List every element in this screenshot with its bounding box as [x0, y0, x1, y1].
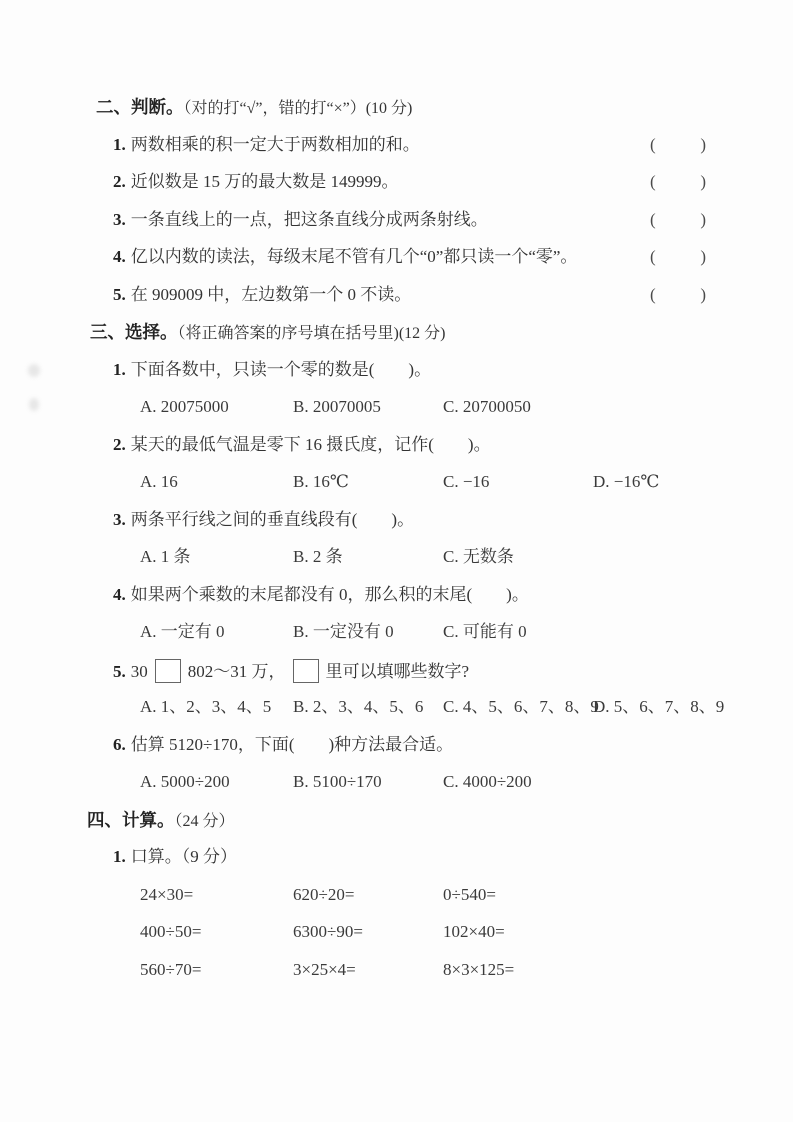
answer-brackets: () [650, 209, 706, 231]
judge-item-2-text: 2.近似数是 15 万的最大数是 149999。 [113, 171, 399, 193]
option-b: B. 2、3、4、5、6 [293, 696, 443, 718]
oral-calc-title: 口算。（9 分） [131, 847, 237, 866]
option-a: A. 16 [140, 471, 293, 493]
choice-question-6-options: A. 5000÷200 B. 5100÷170 C. 4000÷200 [140, 771, 793, 793]
calc-expression: 400÷50= [140, 921, 293, 943]
option-a: A. 20075000 [140, 396, 293, 418]
judge-item-3: 3.一条直线上的一点，把这条直线分成两条射线。 () [113, 209, 706, 231]
question-text: 两条平行线之间的垂直线段有( )。 [131, 510, 414, 529]
paren-open: ( [650, 171, 656, 193]
question-number: 4. [113, 585, 126, 604]
option-c: C. −16 [443, 471, 593, 493]
judge-item-4-text: 4.亿以内数的读法，每级末尾不管有几个“0”都只读一个“零”。 [113, 246, 577, 268]
question-text-mid: 802～31 万， [188, 662, 286, 681]
question-number: 4. [113, 247, 126, 266]
question-text: 一条直线上的一点，把这条直线分成两条射线。 [131, 210, 488, 229]
paren-close: ) [700, 134, 706, 156]
option-c: C. 无数条 [443, 546, 593, 568]
question-number: 1. [113, 135, 126, 154]
question-number: 1. [113, 360, 126, 379]
paren-close: ) [700, 284, 706, 306]
choice-question-3: 3.两条平行线之间的垂直线段有( )。 [113, 509, 793, 531]
question-text-after: 里可以填哪些数字? [326, 662, 470, 681]
option-c: C. 20700050 [443, 396, 593, 418]
choice-question-5: 5.30802～31 万，里可以填哪些数字? [113, 659, 793, 681]
question-number: 6. [113, 735, 126, 754]
question-text: 估算 5120÷170，下面( )种方法最合适。 [131, 735, 453, 754]
paren-close: ) [700, 209, 706, 231]
option-b: B. 2 条 [293, 546, 443, 568]
section-calc-title: 四、计算。 [87, 810, 175, 830]
paren-open: ( [650, 209, 656, 231]
calc-expression: 24×30= [140, 884, 293, 906]
option-b: B. 16℃ [293, 471, 443, 493]
question-text-before: 30 [131, 662, 148, 681]
section-judge-header: 二、判断。（对的打“√”，错的打“×”）(10 分) [96, 96, 793, 118]
section-judge-note: （对的打“√”，错的打“×”）(10 分) [184, 100, 413, 117]
question-number: 1. [113, 847, 126, 866]
option-c: C. 4000÷200 [443, 771, 593, 793]
option-b: B. 一定没有 0 [293, 621, 443, 643]
paren-open: ( [650, 246, 656, 268]
answer-brackets: () [650, 171, 706, 193]
judge-item-1: 1.两数相乘的积一定大于两数相加的和。 () [113, 134, 706, 156]
paren-close: ) [700, 246, 706, 268]
oral-calc-row-2: 400÷50= 6300÷90= 102×40= [140, 921, 793, 943]
option-b: B. 20070005 [293, 396, 443, 418]
oral-calc-header: 1.口算。（9 分） [113, 846, 793, 868]
blank-box [293, 659, 319, 683]
section-judge-title: 二、判断。 [96, 97, 184, 117]
test-paper-page: 二、判断。（对的打“√”，错的打“×”）(10 分) 1.两数相乘的积一定大于两… [0, 0, 793, 1122]
calc-expression: 3×25×4= [293, 959, 443, 981]
option-d: D. 5、6、7、8、9 [593, 696, 793, 718]
question-text: 近似数是 15 万的最大数是 149999。 [131, 172, 399, 191]
question-text: 在 909009 中，左边数第一个 0 不读。 [131, 285, 412, 304]
choice-question-4: 4.如果两个乘数的末尾都没有 0，那么积的末尾( )。 [113, 584, 793, 606]
option-a: A. 5000÷200 [140, 771, 293, 793]
question-text: 亿以内数的读法，每级末尾不管有几个“0”都只读一个“零”。 [131, 247, 578, 266]
option-b: B. 5100÷170 [293, 771, 443, 793]
choice-question-3-options: A. 1 条 B. 2 条 C. 无数条 [140, 546, 793, 568]
blank-box [155, 659, 181, 683]
section-choice-note: （将正确答案的序号填在括号里)(12 分) [178, 325, 446, 342]
section-calc-note: （24 分） [175, 813, 235, 830]
judge-item-5: 5.在 909009 中，左边数第一个 0 不读。 () [113, 284, 706, 306]
choice-question-2-options: A. 16 B. 16℃ C. −16 D. −16℃ [140, 471, 793, 493]
judge-item-1-text: 1.两数相乘的积一定大于两数相加的和。 [113, 134, 420, 156]
paren-close: ) [700, 171, 706, 193]
oral-calc-row-3: 560÷70= 3×25×4= 8×3×125= [140, 959, 793, 981]
choice-question-5-options: A. 1、2、3、4、5 B. 2、3、4、5、6 C. 4、5、6、7、8、9… [140, 696, 793, 718]
choice-question-1: 1.下面各数中，只读一个零的数是( )。 [113, 359, 793, 381]
answer-brackets: () [650, 246, 706, 268]
calc-expression: 6300÷90= [293, 921, 443, 943]
judge-item-3-text: 3.一条直线上的一点，把这条直线分成两条射线。 [113, 209, 488, 231]
question-number: 5. [113, 662, 126, 681]
option-a: A. 1 条 [140, 546, 293, 568]
judge-item-4: 4.亿以内数的读法，每级末尾不管有几个“0”都只读一个“零”。 () [113, 246, 706, 268]
question-number: 3. [113, 510, 126, 529]
question-number: 2. [113, 435, 126, 454]
option-c: C. 4、5、6、7、8、9 [443, 696, 593, 718]
section-choice-header: 三、选择。（将正确答案的序号填在括号里)(12 分) [90, 321, 793, 343]
question-text: 某天的最低气温是零下 16 摄氏度，记作( )。 [131, 435, 491, 454]
question-text: 下面各数中，只读一个零的数是( )。 [131, 360, 431, 379]
paren-open: ( [650, 134, 656, 156]
choice-question-4-options: A. 一定有 0 B. 一定没有 0 C. 可能有 0 [140, 621, 793, 643]
judge-item-2: 2.近似数是 15 万的最大数是 149999。 () [113, 171, 706, 193]
choice-question-6: 6.估算 5120÷170，下面( )种方法最合适。 [113, 734, 793, 756]
option-d: D. −16℃ [593, 471, 793, 493]
answer-brackets: () [650, 134, 706, 156]
section-calc-header: 四、计算。（24 分） [87, 809, 793, 831]
question-text: 两数相乘的积一定大于两数相加的和。 [131, 135, 420, 154]
calc-expression: 620÷20= [293, 884, 443, 906]
paper-content: 二、判断。（对的打“√”，错的打“×”）(10 分) 1.两数相乘的积一定大于两… [0, 96, 793, 996]
option-a: A. 1、2、3、4、5 [140, 696, 293, 718]
judge-item-5-text: 5.在 909009 中，左边数第一个 0 不读。 [113, 284, 411, 306]
choice-question-1-options: A. 20075000 B. 20070005 C. 20700050 [140, 396, 793, 418]
calc-expression: 0÷540= [443, 884, 793, 906]
option-c: C. 可能有 0 [443, 621, 593, 643]
oral-calc-row-1: 24×30= 620÷20= 0÷540= [140, 884, 793, 906]
option-a: A. 一定有 0 [140, 621, 293, 643]
paren-open: ( [650, 284, 656, 306]
question-number: 2. [113, 172, 126, 191]
question-number: 3. [113, 210, 126, 229]
choice-question-2: 2.某天的最低气温是零下 16 摄氏度，记作( )。 [113, 434, 793, 456]
calc-expression: 102×40= [443, 921, 793, 943]
question-text: 如果两个乘数的末尾都没有 0，那么积的末尾( )。 [131, 585, 529, 604]
question-number: 5. [113, 285, 126, 304]
calc-expression: 560÷70= [140, 959, 293, 981]
calc-expression: 8×3×125= [443, 959, 793, 981]
section-choice-title: 三、选择。 [90, 322, 178, 342]
answer-brackets: () [650, 284, 706, 306]
